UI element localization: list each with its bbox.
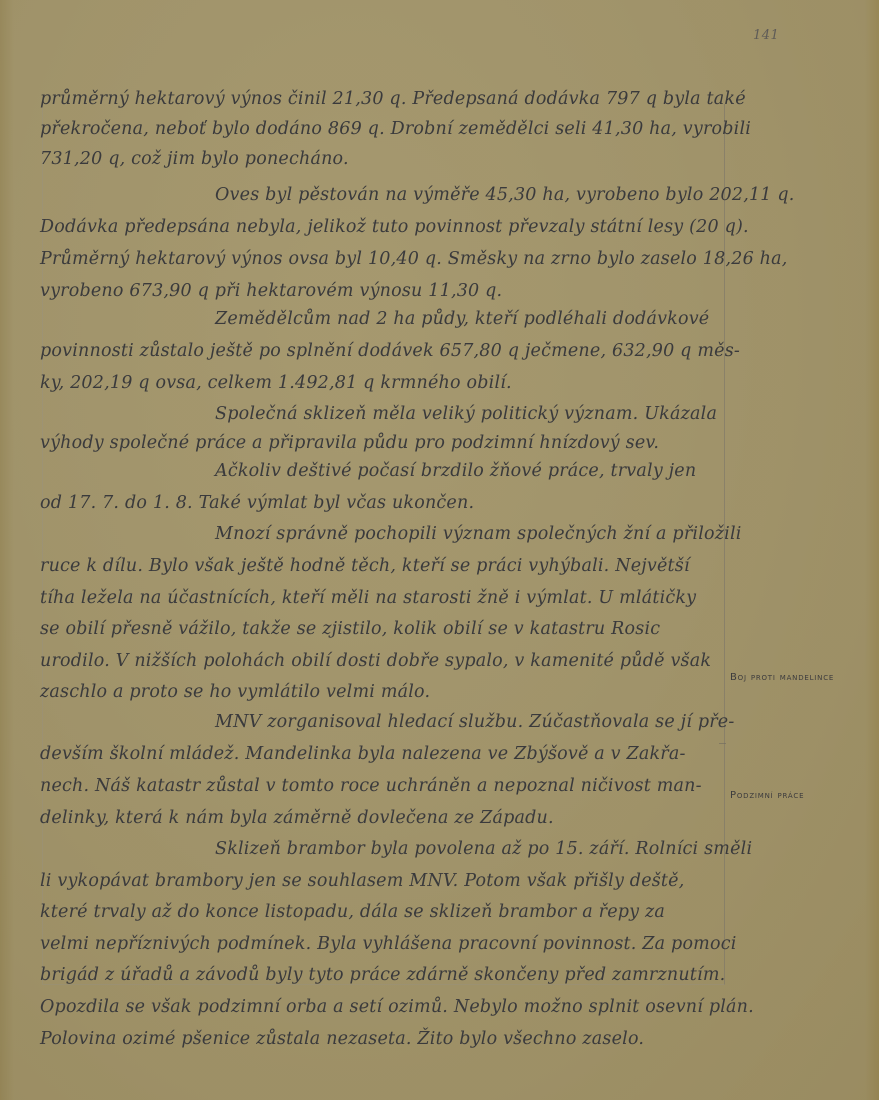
text-line: Opozdila se však podzimní orba a setí oz… — [40, 992, 754, 1022]
text-line: průměrný hektarový výnos činil 21,30 q. … — [40, 84, 746, 114]
text-line: Dodávka předepsána nebyla, jelikož tuto … — [40, 212, 749, 242]
text-line: tíha ležela na účastnících, kteří měli n… — [40, 583, 696, 613]
text-line: Mnozí správně pochopili význam společnýc… — [215, 519, 742, 549]
margin-tick — [719, 743, 726, 744]
text-line: Ačkoliv deštivé počasí brzdilo žňové prá… — [215, 456, 696, 486]
text-line: se obilí přesně vážilo, takže se zjistil… — [40, 614, 660, 644]
page-number: 141 — [753, 28, 779, 43]
text-line: Společná sklizeň měla veliký politický v… — [215, 399, 717, 429]
text-line: brigád z úřadů a závodů byly tyto práce … — [40, 960, 725, 990]
text-line: které trvaly až do konce listopadu, dála… — [40, 897, 665, 927]
text-line: od 17. 7. do 1. 8. Také výmlat byl včas … — [40, 488, 474, 518]
text-line: li vykopávat brambory jen se souhlasem M… — [40, 866, 684, 896]
text-line: Oves byl pěstován na výměře 45,30 ha, vy… — [215, 180, 795, 210]
text-line: Sklizeň brambor byla povolena až po 15. … — [215, 834, 752, 864]
text-line: překročena, neboť bylo dodáno 869 q. Dro… — [40, 114, 751, 144]
text-line: MNV zorganisoval hledací službu. Zúčastň… — [215, 707, 734, 737]
text-line: delinky, která k nám byla záměrně dovleč… — [40, 803, 554, 833]
text-line: 731,20 q, což jim bylo ponecháno. — [40, 144, 349, 174]
text-line: Průměrný hektarový výnos ovsa byl 10,40 … — [40, 244, 788, 274]
margin-note-podzimni-prace: Podzimní práce — [730, 790, 804, 801]
text-line: nech. Náš katastr zůstal v tomto roce uc… — [40, 771, 702, 801]
text-line: urodilo. V nižších polohách obilí dosti … — [40, 646, 711, 676]
text-line: ruce k dílu. Bylo však ještě hodně těch,… — [40, 551, 690, 581]
text-line: velmi nepříznivých podmínek. Byla vyhláš… — [40, 929, 737, 959]
text-line: povinnosti zůstalo ještě po splnění dodá… — [40, 336, 740, 366]
text-line: zaschlo a proto se ho vymlátilo velmi má… — [40, 677, 430, 707]
text-line: Zemědělcům nad 2 ha půdy, kteří podléhal… — [215, 304, 709, 334]
text-line: devším školní mládež. Mandelinka byla na… — [40, 739, 686, 769]
margin-note-boj-proti-mandelince: Boj proti mandelince — [730, 672, 834, 683]
text-line: ky, 202,19 q ovsa, celkem 1.492,81 q krm… — [40, 368, 512, 398]
text-line: výhody společné práce a připravila půdu … — [40, 428, 659, 458]
text-line: vyrobeno 673,90 q při hektarovém výnosu … — [40, 276, 502, 306]
text-line: Polovina ozimé pšenice zůstala nezaseta.… — [40, 1024, 644, 1054]
